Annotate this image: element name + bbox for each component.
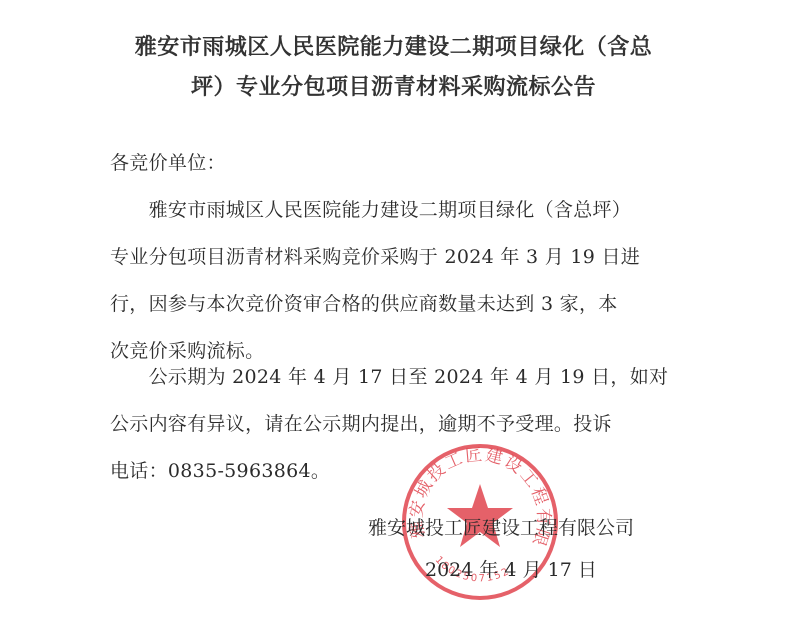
paragraph-1-line-1: 雅安市雨城区人民医院能力建设二期项目绿化（含总坪） <box>110 195 631 222</box>
paragraph-2-line-3: 电话：0835-5963864。 <box>110 456 330 483</box>
document-title-line-1: 雅安市雨城区人民医院能力建设二期项目绿化（含总 <box>0 30 787 61</box>
signature-date: 2024 年 4 月 17 日 <box>425 555 597 582</box>
paragraph-2-line-1: 公示期为 2024 年 4 月 17 日至 2024 年 4 月 19 日，如对 <box>110 362 668 389</box>
document-title-line-2: 坪）专业分包项目沥青材料采购流标公告 <box>0 70 787 101</box>
paragraph-2-line-2: 公示内容有异议，请在公示期内提出，逾期不予受理。投诉 <box>110 409 612 436</box>
signature-company: 雅安城投工匠建设工程有限公司 <box>368 513 634 540</box>
salutation: 各竞价单位： <box>110 148 226 175</box>
paragraph-1-line-4: 次竞价采购流标。 <box>110 336 264 363</box>
paragraph-1-line-2: 专业分包项目沥青材料采购竞价采购于 2024 年 3 月 19 日进 <box>110 242 640 269</box>
paragraph-1-line-3: 行，因参与本次竞价资审合格的供应商数量未达到 3 家，本 <box>110 289 618 316</box>
